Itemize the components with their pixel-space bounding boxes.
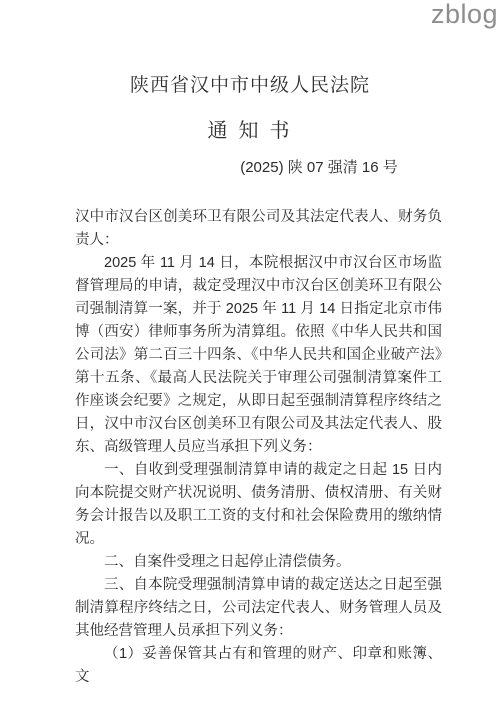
document-body: 汉中市汉台区创美环卫有限公司及其法定代表人、财务负责人： 2025 年 11 月… (0, 206, 500, 689)
paragraph-subitem-1: （1）妥善保管其占有和管理的财产、印章和账簿、文 (75, 643, 442, 689)
paragraph-duty-2: 二、自案件受理之日起停止清偿债务。 (75, 551, 442, 574)
paragraph-duty-3: 三、自本院受理强制清算申请的裁定送达之日起至强制清算程序终结之日，公司法定代表人… (75, 574, 442, 643)
paragraph-duty-1: 一、自收到受理强制清算申请的裁定之日起 15 日内向本院提交财产状况说明、债务清… (75, 459, 442, 551)
zblog-watermark: zblog (431, 0, 498, 31)
paragraph-ruling: 2025 年 11 月 14 日，本院根据汉中市汉台区市场监督管理局的申请，裁定… (75, 252, 442, 459)
addressee-line: 汉中市汉台区创美环卫有限公司及其法定代表人、财务负责人： (75, 206, 442, 252)
notice-document: 陕西省汉中市中级人民法院 通 知 书 (2025) 陕 07 强清 16 号 汉… (0, 0, 500, 689)
court-name-heading: 陕西省汉中市中级人民法院 (0, 70, 500, 97)
document-title: 通 知 书 (0, 114, 500, 143)
case-number: (2025) 陕 07 强清 16 号 (69, 156, 500, 177)
page-number: 1 (417, 645, 423, 657)
document-page: zblog 陕西省汉中市中级人民法院 通 知 书 (2025) 陕 07 强清 … (0, 0, 500, 707)
